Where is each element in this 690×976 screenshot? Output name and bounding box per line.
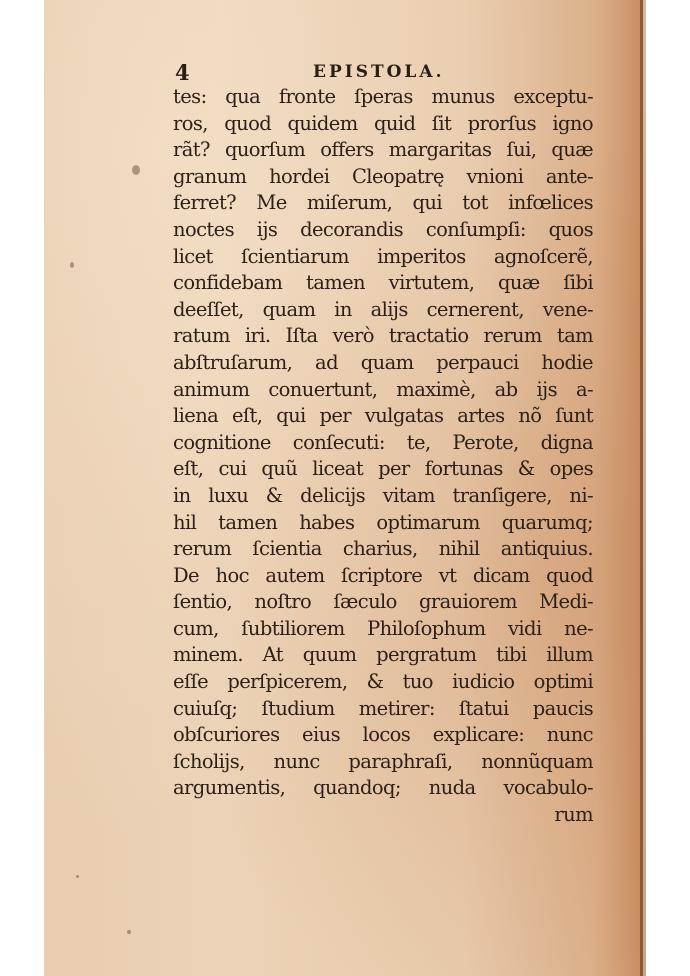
text-line: in luxu & delicijs vitam tranſigere, ni- [173, 483, 593, 510]
text-line: eſſe perſpicerem, & tuo iudicio optimi [173, 669, 593, 696]
text-line: cognitione conſecuti: te, Perote, digna [173, 430, 593, 457]
page-number: 4 [175, 60, 190, 85]
text-line: noctes ijs decorandis conſumpſi: quos [173, 217, 593, 244]
text-line: licet ſcientiarum imperitos agnoſcerẽ, [173, 244, 593, 271]
text-line: ratum iri. Iſta verò tractatio rerum tam [173, 323, 593, 350]
text-line: confidebam tamen virtutem, quæ ſibi [173, 270, 593, 297]
text-line: rerum ſcientia charius, nihil antiquius. [173, 536, 593, 563]
paper-stain [76, 875, 79, 878]
text-line: ſcholijs, nunc paraphraſi, nonnũquam [173, 749, 593, 776]
text-line: granum hordei Cleopatrę vnioni ante- [173, 164, 593, 191]
text-line: ros, quod quidem quid ſit prorſus igno [173, 111, 593, 138]
text-line: De hoc autem ſcriptore vt dicam quod [173, 563, 593, 590]
text-line: rãt? quorſum offers margaritas ſui, quæ [173, 137, 593, 164]
paper-stain [127, 930, 131, 934]
text-line: hil tamen habes optimarum quarumq; [173, 510, 593, 537]
page-edge-outer [643, 0, 646, 976]
text-line: cum, ſubtiliorem Philoſophum vidi ne- [173, 616, 593, 643]
text-line: tes: qua fronte ſperas munus exceptu- [173, 84, 593, 111]
text-line: argumentis, quandoq; nuda vocabulo- [173, 775, 593, 802]
catchword: rum [173, 802, 593, 829]
text-line: liena eſt, qui per vulgatas artes nõ ſun… [173, 403, 593, 430]
page-header: 4 EPISTOLA. [173, 58, 593, 84]
text-line: ferret? Me miſerum, qui tot infœlices [173, 190, 593, 217]
text-line: eſt, cui quũ liceat per fortunas & opes [173, 456, 593, 483]
text-line: ſentio, noſtro ſæculo grauiorem Medi- [173, 589, 593, 616]
text-line: obſcuriores eius locos explicare: nunc [173, 722, 593, 749]
paper-stain [132, 165, 140, 175]
text-line: minem. At quum pergratum tibi illum [173, 642, 593, 669]
paper-stain [70, 262, 74, 268]
text-line: deeſſet, quam in alijs cernerent, vene- [173, 297, 593, 324]
text-line: cuiuſq; ſtudium metirer: ſtatui paucis [173, 696, 593, 723]
body-text: tes: qua fronte ſperas munus exceptu- ro… [173, 84, 593, 829]
text-line: abſtruſarum, ad quam perpauci hodie [173, 350, 593, 377]
text-line: animum conuertunt, maximè, ab ijs a- [173, 377, 593, 404]
running-title: EPISTOLA. [313, 62, 445, 82]
